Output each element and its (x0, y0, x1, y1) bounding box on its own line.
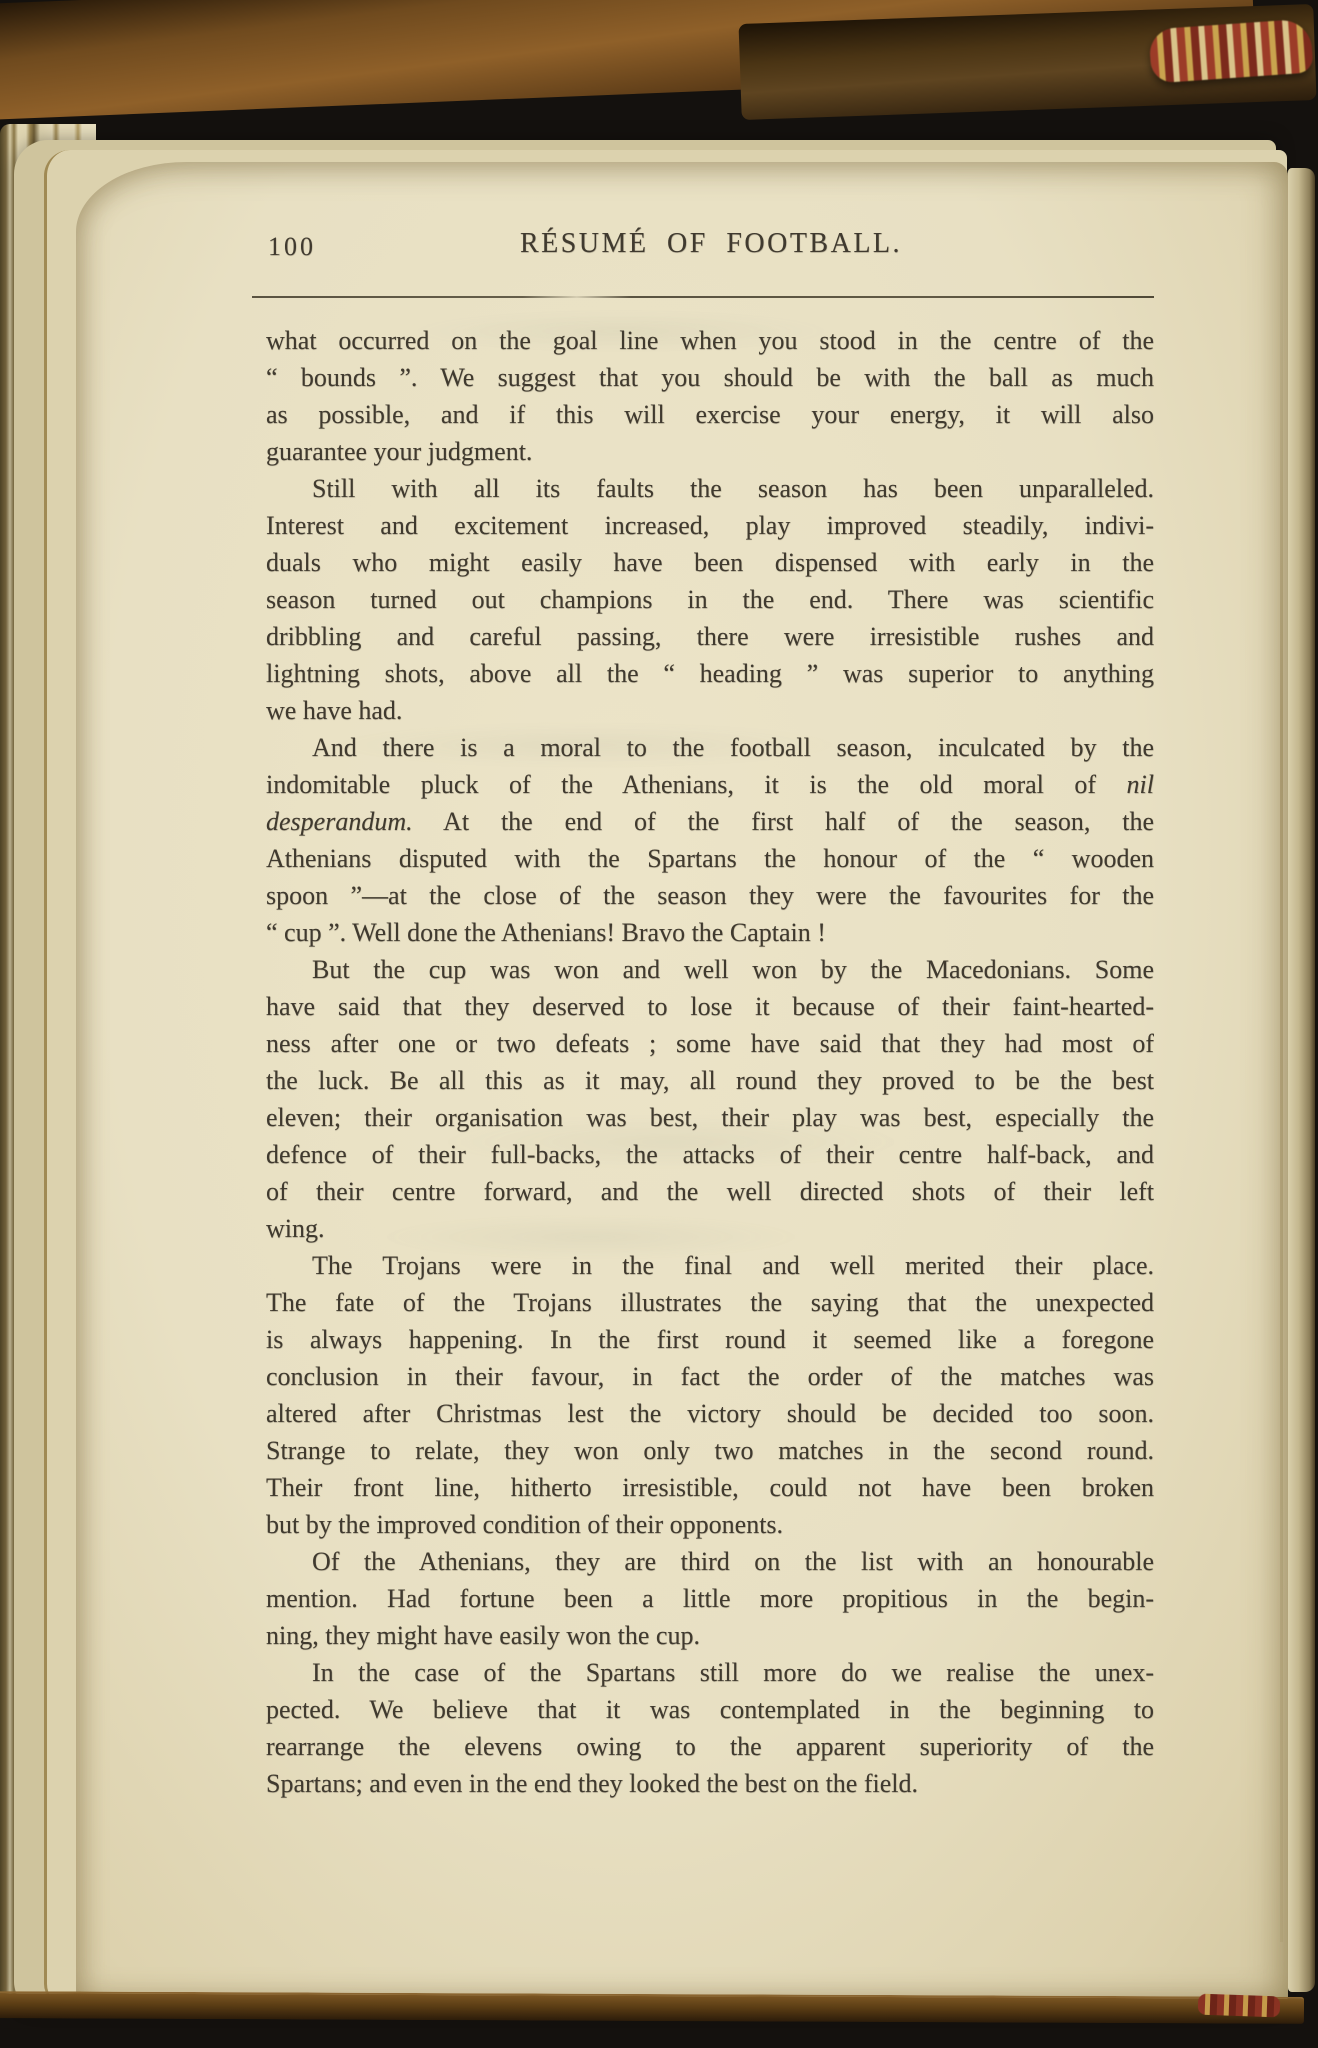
text-line: duals who might easily have been dispens… (266, 544, 1154, 581)
book-page: 100 RÉSUMÉ OF FOOTBALL. what occurred on… (76, 162, 1288, 2006)
text-line: conclusion in their favour, in fact the … (266, 1358, 1154, 1395)
running-header: RÉSUMÉ OF FOOTBALL. (266, 228, 1156, 260)
page-crease (1280, 202, 1283, 1942)
page-text: what occurred on the goal line when you … (266, 322, 1154, 1802)
text-line: Spartans; and even in the end they looke… (266, 1765, 1154, 1802)
paragraph: Still with all its faults the season has… (266, 470, 1154, 729)
text-line: eleven; their organisation was best, the… (266, 1099, 1154, 1136)
text-line: Athenians disputed with the Spartans the… (266, 840, 1154, 877)
text-line: Strange to relate, they won only two mat… (266, 1432, 1154, 1469)
text-line: The fate of the Trojans illustrates the … (266, 1284, 1154, 1321)
text-line: desperandum. At the end of the first hal… (266, 803, 1154, 840)
paragraph: The Trojans were in the final and well m… (266, 1247, 1154, 1543)
text-line: guarantee your judgment. (266, 433, 1154, 470)
text-line: ning, they might have easily won the cup… (266, 1617, 1154, 1654)
paragraph: what occurred on the goal line when you … (266, 322, 1154, 470)
text-line: The Trojans were in the final and well m… (266, 1247, 1154, 1284)
paragraph: Of the Athenians, they are third on the … (266, 1543, 1154, 1654)
text-line: have said that they deserved to lose it … (266, 988, 1154, 1025)
book-bottom-edge (0, 1991, 1304, 2024)
header-rule (252, 296, 1154, 298)
text-line: altered after Christmas lest the victory… (266, 1395, 1154, 1432)
text-line: wing. (266, 1210, 1154, 1247)
text-line: the luck. Be all this as it may, all rou… (266, 1062, 1154, 1099)
text-line: mention. Had fortune been a little more … (266, 1580, 1154, 1617)
text-line: Interest and excitement increased, play … (266, 507, 1154, 544)
text-line: In the case of the Spartans still more d… (266, 1654, 1154, 1691)
book-headband (1148, 18, 1313, 83)
text-line: indomitable pluck of the Athenians, it i… (266, 766, 1154, 803)
page-header: 100 RÉSUMÉ OF FOOTBALL. (266, 226, 1156, 268)
text-line: But the cup was won and well won by the … (266, 951, 1154, 988)
text-line: season turned out champions in the end. … (266, 581, 1154, 618)
text-line: “ cup ”. Well done the Athenians! Bravo … (266, 914, 1154, 951)
text-line: we have had. (266, 692, 1154, 729)
text-line: Still with all its faults the season has… (266, 470, 1154, 507)
text-line: Their front line, hitherto irresistible,… (266, 1469, 1154, 1506)
paragraph: And there is a moral to the football sea… (266, 729, 1154, 951)
text-line: spoon ”—at the close of the season they … (266, 877, 1154, 914)
text-line: as possible, and if this will exercise y… (266, 396, 1154, 433)
text-line: is always happening. In the first round … (266, 1321, 1154, 1358)
text-line: rearrange the elevens owing to the appar… (266, 1728, 1154, 1765)
book-photo: 100 RÉSUMÉ OF FOOTBALL. what occurred on… (0, 0, 1318, 2048)
text-line: but by the improved condition of their o… (266, 1506, 1154, 1543)
paragraph: But the cup was won and well won by the … (266, 951, 1154, 1247)
text-line: dribbling and careful passing, there wer… (266, 618, 1154, 655)
text-line: “ bounds ”. We suggest that you should b… (266, 359, 1154, 396)
text-line: ness after one or two defeats ; some hav… (266, 1025, 1154, 1062)
text-line: what occurred on the goal line when you … (266, 322, 1154, 359)
text-line: pected. We believe that it was contempla… (266, 1691, 1154, 1728)
text-line: And there is a moral to the football sea… (266, 729, 1154, 766)
text-line: lightning shots, above all the “ heading… (266, 655, 1154, 692)
next-page-edge (1288, 168, 1315, 1992)
text-line: Of the Athenians, they are third on the … (266, 1543, 1154, 1580)
text-line: defence of their full-backs, the attacks… (266, 1136, 1154, 1173)
text-line: of their centre forward, and the well di… (266, 1173, 1154, 1210)
book-tailband (1198, 1994, 1281, 2018)
paragraph: In the case of the Spartans still more d… (266, 1654, 1154, 1802)
